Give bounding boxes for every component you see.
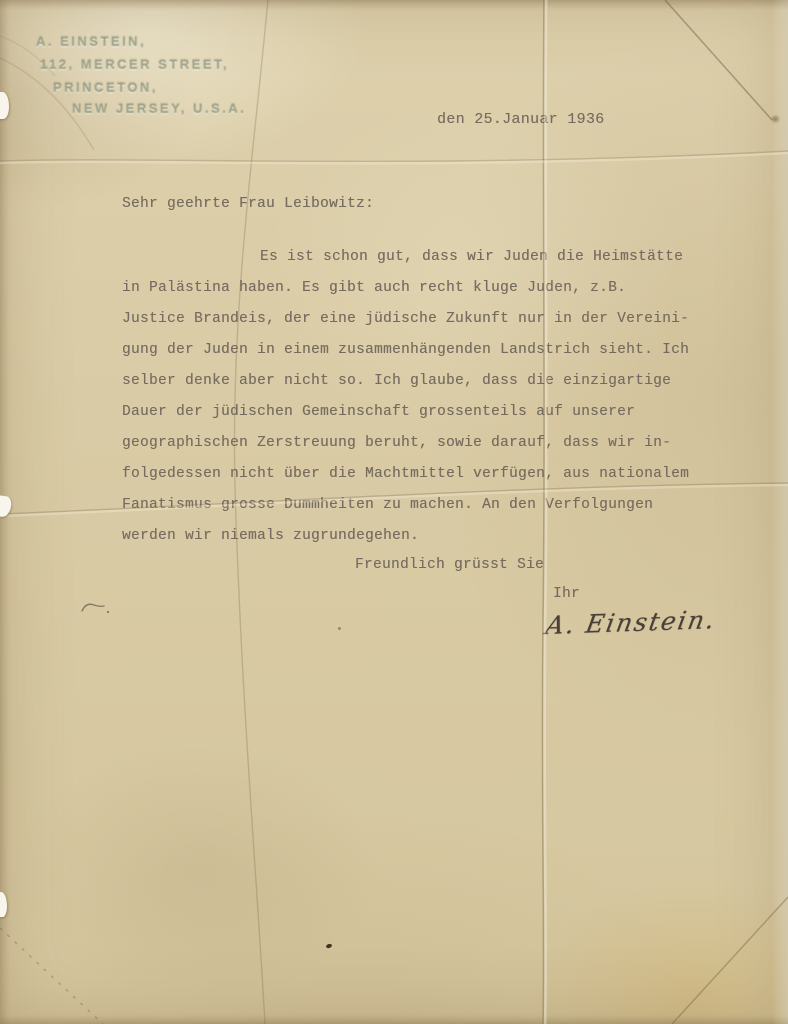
ink-speck: [325, 943, 332, 949]
pencil-mark: [80, 598, 116, 618]
body-line: werden wir niemals zugrundegehen.: [122, 521, 689, 552]
letter-body: Es ist schon gut, dass wir Juden die Hei…: [122, 242, 689, 552]
letter-page: A. EINSTEIN, 112, MERCER STREET, PRINCET…: [0, 0, 788, 1024]
salutation: Sehr geehrte Frau Leibowitz:: [122, 196, 374, 212]
letterhead-state: NEW JERSEY, U.S.A.: [72, 101, 246, 116]
body-line: selber denke aber nicht so. Ich glaube, …: [122, 366, 689, 397]
closing-line: Freundlich grüsst Sie: [355, 557, 544, 573]
body-line: Dauer der jüdischen Gemeinschaft grossen…: [122, 397, 689, 428]
letterhead-city: PRINCETON,: [53, 80, 158, 95]
torn-notch: [0, 92, 9, 119]
signature: A. Einstein.: [543, 605, 718, 640]
body-line: in Palästina haben. Es gibt auch recht k…: [122, 273, 689, 304]
body-line: gung der Juden in einem zusammenhängende…: [122, 335, 689, 366]
body-line: Fanatismus grosse Dummheiten zu machen. …: [122, 490, 689, 521]
foxing-speck: [338, 627, 341, 630]
body-line: geographischen Zerstreuung beruht, sowie…: [122, 428, 689, 459]
smudge-speck: [772, 116, 779, 122]
body-line: folgedessen nicht über die Machtmittel v…: [122, 459, 689, 490]
body-line: Es ist schon gut, dass wir Juden die Hei…: [122, 242, 689, 273]
letterhead-name: A. EINSTEIN,: [36, 34, 146, 49]
torn-notch: [0, 892, 7, 917]
closing-pronoun: Ihr: [553, 586, 580, 602]
torn-notch: [0, 495, 12, 518]
date-line: den 25.Januar 1936: [437, 111, 604, 128]
letterhead-street: 112, MERCER STREET,: [40, 57, 229, 72]
body-line: Justice Brandeis, der eine jüdische Zuku…: [122, 304, 689, 335]
